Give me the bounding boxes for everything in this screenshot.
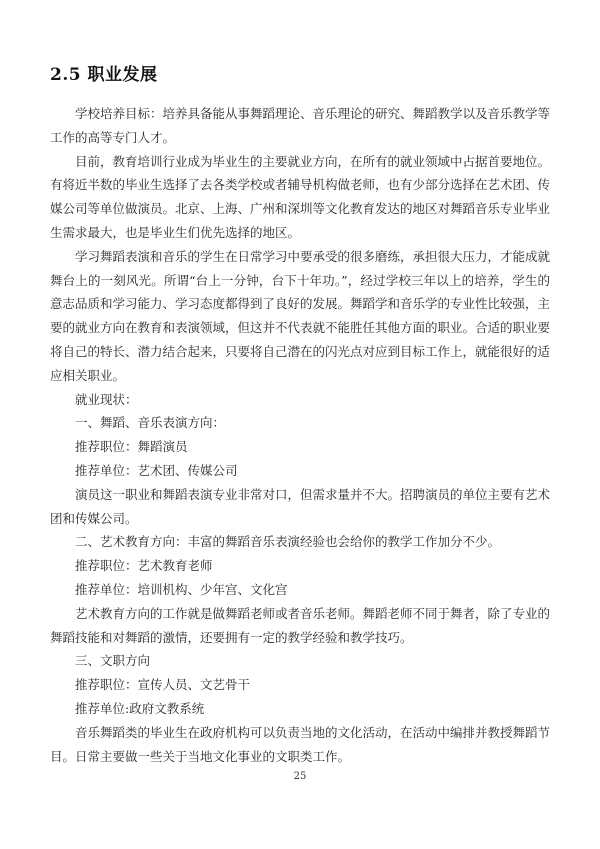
paragraph-direction-1-employer: 推荐单位：艺术团、传媒公司 (50, 459, 550, 483)
paragraph-direction-1-position: 推荐职位：舞蹈演员 (50, 435, 550, 459)
paragraph-direction-1-note: 演员这一职业和舞蹈表演专业非常对口，但需求量并不大。招聘演员的单位主要有艺术团和… (50, 483, 550, 531)
paragraph-direction-3-position: 推荐职位：宣传人员、文艺骨干 (50, 673, 550, 697)
paragraph-student-development: 学习舞蹈表演和音乐的学生在日常学习中要承受的很多磨练，承担很大压力，才能成就舞台… (50, 245, 550, 388)
paragraph-direction-2-position: 推荐职位：艺术教育老师 (50, 554, 550, 578)
paragraph-direction-3-title: 三、文职方向 (50, 649, 550, 673)
document-page: 2.5 职业发展 学校培养目标：培养具备能从事舞蹈理论、音乐理论的研究、舞蹈教学… (0, 0, 600, 849)
paragraph-employment-status-label: 就业现状： (50, 388, 550, 412)
paragraph-direction-2-title: 二、艺术教育方向：丰富的舞蹈音乐表演经验也会给你的教学工作加分不少。 (50, 530, 550, 554)
body-text: 学校培养目标：培养具备能从事舞蹈理论、音乐理论的研究、舞蹈教学以及音乐教学等工作… (50, 102, 550, 768)
paragraph-employment-overview: 目前，教育培训行业成为毕业生的主要就业方向，在所有的就业领域中占据首要地位。有将… (50, 150, 550, 245)
page-content: 2.5 职业发展 学校培养目标：培养具备能从事舞蹈理论、音乐理论的研究、舞蹈教学… (50, 63, 550, 768)
paragraph-direction-2-note: 艺术教育方向的工作就是做舞蹈老师或者音乐老师。舞蹈老师不同于舞者，除了专业的舞蹈… (50, 602, 550, 650)
page-number: 25 (0, 771, 600, 782)
section-heading: 2.5 职业发展 (50, 63, 550, 87)
paragraph-direction-2-employer: 推荐单位：培训机构、少年宫、文化宫 (50, 578, 550, 602)
paragraph-direction-3-note: 音乐舞蹈类的毕业生在政府机构可以负责当地的文化活动，在活动中编排并教授舞蹈节目。… (50, 721, 550, 769)
paragraph-direction-3-employer: 推荐单位:政府文教系统 (50, 697, 550, 721)
paragraph-direction-1-title: 一、舞蹈、音乐表演方向： (50, 411, 550, 435)
paragraph-training-goal: 学校培养目标：培养具备能从事舞蹈理论、音乐理论的研究、舞蹈教学以及音乐教学等工作… (50, 102, 550, 150)
